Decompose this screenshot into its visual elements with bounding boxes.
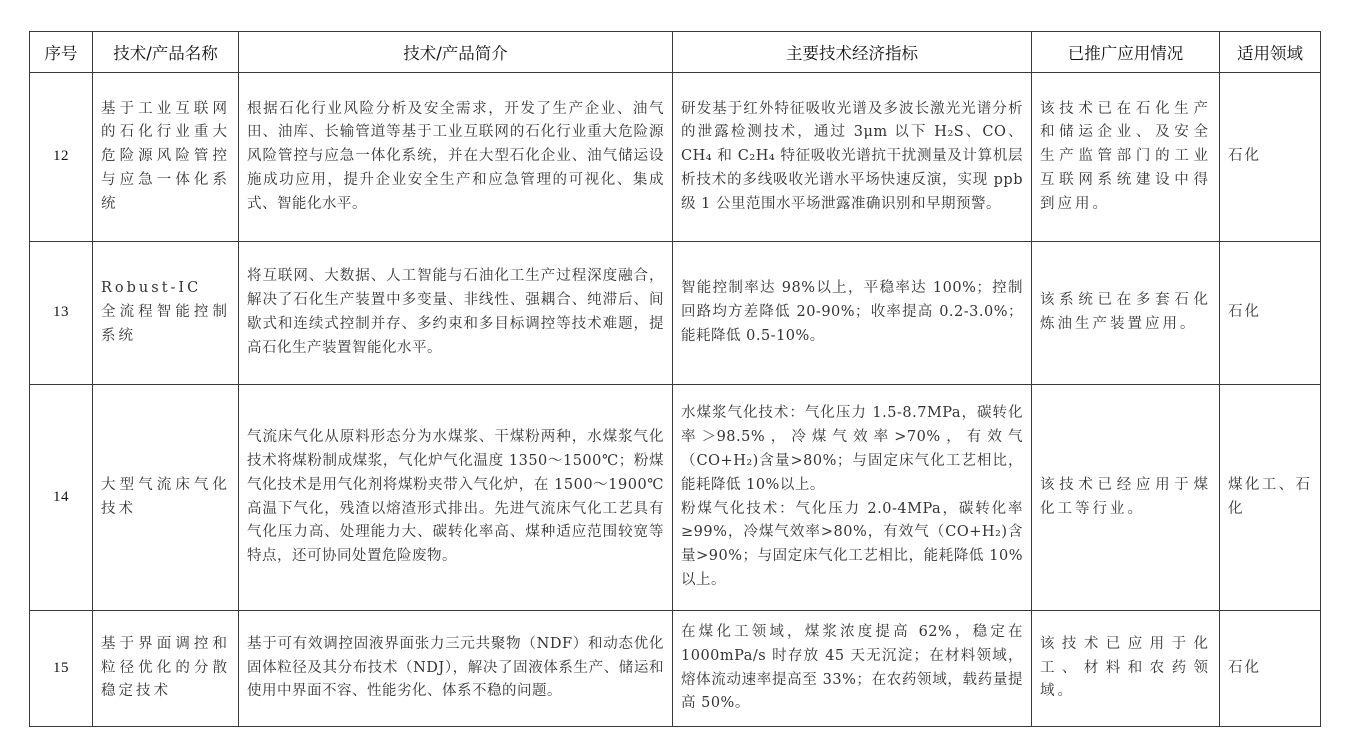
- applicable-field: 石化: [1220, 299, 1320, 327]
- serial-no: 14: [30, 484, 92, 512]
- serial-no: 13: [30, 299, 92, 327]
- key-indicators: 水煤浆气化技术：气化压力 1.5-8.7MPa，碳转化率＞98.5%，冷煤气效率…: [673, 400, 1031, 594]
- header-product-name: 技术/产品名称: [93, 32, 239, 73]
- header-product-intro: 技术/产品简介: [239, 32, 673, 73]
- product-name: 大型气流床气化技术: [93, 472, 238, 524]
- table-row: 12 基于工业互联网的石化行业重大危险源风险管控与应急一体化系统 根据石化行业风…: [30, 73, 1321, 242]
- product-intro: 基于可有效调控固液界面张力三元共聚物（NDF）和动态优化固体粒径及其分布技术（N…: [239, 631, 672, 706]
- serial-no: 12: [30, 143, 92, 171]
- header-application-status: 已推广应用情况: [1032, 32, 1220, 73]
- application-status: 该技术已经应用于煤化工等行业。: [1032, 472, 1219, 524]
- application-status: 该技术已在石化生产和储运企业、及安全生产监管部门的工业互联网系统建设中得到应用。: [1032, 96, 1219, 219]
- header-serial-no: 序号: [30, 32, 93, 73]
- product-intro: 根据石化行业风险分析及安全需求，开发了生产企业、油气田、油库、长输管道等基于工业…: [239, 96, 672, 219]
- key-indicators: 在煤化工领域，煤浆浓度提高 62%，稳定在 1000mPa/s 时存放 45 天…: [673, 619, 1031, 718]
- header-key-indicators: 主要技术经济指标: [673, 32, 1032, 73]
- serial-no: 15: [30, 655, 92, 683]
- technology-catalog-table: 序号 技术/产品名称 技术/产品简介 主要技术经济指标 已推广应用情况 适用领域…: [29, 31, 1321, 727]
- table-header-row: 序号 技术/产品名称 技术/产品简介 主要技术经济指标 已推广应用情况 适用领域: [30, 32, 1321, 73]
- table-row: 15 基于界面调控和粒径优化的分散稳定技术 基于可有效调控固液界面张力三元共聚物…: [30, 611, 1321, 727]
- applicable-field: 石化: [1220, 655, 1320, 683]
- application-status: 该系统已在多套石化炼油生产装置应用。: [1032, 287, 1219, 339]
- key-indicators: 研发基于红外特征吸收光谱及多波长激光光谱分析的泄露检测技术，通过 3μm 以下 …: [673, 96, 1031, 219]
- product-intro: 气流床气化从原料形态分为水煤浆、干煤粉两种，水煤浆气化技术将煤粉制成煤浆，气化炉…: [239, 424, 672, 571]
- table-row: 14 大型气流床气化技术 气流床气化从原料形态分为水煤浆、干煤粉两种，水煤浆气化…: [30, 385, 1321, 611]
- product-name: 基于工业互联网的石化行业重大危险源风险管控与应急一体化系统: [93, 96, 238, 219]
- applicable-field: 石化: [1220, 143, 1320, 171]
- applicable-field: 煤化工、石化: [1220, 472, 1320, 524]
- table-row: 13 Robust-IC 全流程智能控制系统 将互联网、大数据、人工智能与石油化…: [30, 242, 1321, 385]
- application-status: 该技术已应用于化工、材料和农药领域。: [1032, 631, 1219, 706]
- product-intro: 将互联网、大数据、人工智能与石油化工生产过程深度融合，解决了石化生产装置中多变量…: [239, 263, 672, 362]
- key-indicators: 智能控制率达 98%以上，平稳率达 100%；控制回路均方差降低 20-90%；…: [673, 275, 1031, 350]
- product-name: 基于界面调控和粒径优化的分散稳定技术: [93, 631, 238, 706]
- product-name: Robust-IC 全流程智能控制系统: [93, 275, 238, 350]
- header-applicable-field: 适用领域: [1220, 32, 1321, 73]
